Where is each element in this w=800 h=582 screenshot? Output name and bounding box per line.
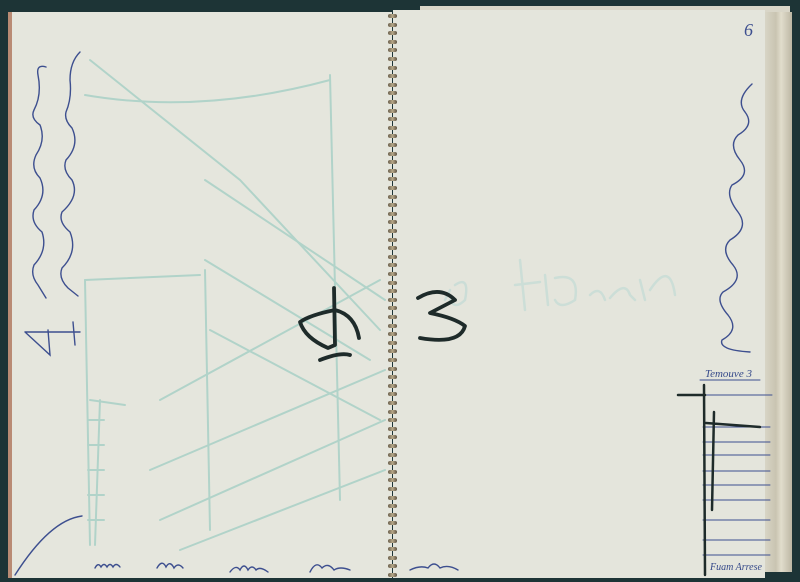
spiral-coil (388, 23, 397, 27)
spiral-coil (388, 203, 397, 207)
spiral-coil (388, 392, 397, 396)
spiral-coil (388, 556, 397, 560)
spiral-coil (388, 332, 397, 336)
spiral-coil (388, 461, 397, 465)
spiral-coil (388, 478, 397, 482)
label-top-right: Temouve 3 (705, 368, 752, 380)
spiral-coil (388, 134, 397, 138)
spiral-coil (388, 31, 397, 35)
spiral-coil (388, 238, 397, 242)
spiral-coil (388, 530, 397, 534)
spiral-coil (388, 246, 397, 250)
spiral-coil (388, 513, 397, 517)
spiral-coil (388, 255, 397, 259)
spiral-coil (388, 435, 397, 439)
numeral-3-marker (418, 292, 465, 340)
spiral-coil (388, 298, 397, 302)
marker-numerals (0, 0, 800, 582)
spiral-coil (388, 418, 397, 422)
spiral-coil (388, 126, 397, 130)
spiral-coil (388, 410, 397, 414)
spiral-coil (388, 573, 397, 577)
spiral-coil (388, 109, 397, 113)
spiral-coil (388, 195, 397, 199)
spiral-coil (388, 496, 397, 500)
spiral-coil (388, 152, 397, 156)
spiral-coil (388, 229, 397, 233)
spiral-coil (388, 324, 397, 328)
spiral-coil (388, 169, 397, 173)
spiral-coil (388, 83, 397, 87)
spiral-coil (388, 14, 397, 18)
spiral-coil (388, 74, 397, 78)
spiral-coil (388, 539, 397, 543)
spiral-coil (388, 66, 397, 70)
page-number: 6 (744, 20, 753, 41)
spiral-coil (388, 453, 397, 457)
spiral-binding (386, 12, 398, 578)
spiral-coil (388, 48, 397, 52)
spiral-coil (388, 143, 397, 147)
spiral-coil (388, 341, 397, 345)
spiral-coil (388, 427, 397, 431)
spiral-coil (388, 220, 397, 224)
spiral-coil (388, 358, 397, 362)
spiral-coil (388, 521, 397, 525)
spiral-coil (388, 306, 397, 310)
spiral-coil (388, 91, 397, 95)
spiral-coil (388, 504, 397, 508)
spiral-coil (388, 57, 397, 61)
spiral-coil (388, 470, 397, 474)
spiral-coil (388, 272, 397, 276)
spiral-coil (388, 100, 397, 104)
spiral-coil (388, 212, 397, 216)
spiral-coil (388, 117, 397, 121)
spiral-coil (388, 375, 397, 379)
numeral-2-marker (300, 288, 359, 360)
spiral-coil (388, 160, 397, 164)
spiral-coil (388, 289, 397, 293)
spiral-coil (388, 367, 397, 371)
spiral-coil (388, 315, 397, 319)
spiral-coil (388, 177, 397, 181)
spiral-coil (388, 564, 397, 568)
spiral-coil (388, 40, 397, 44)
spiral-coil (388, 263, 397, 267)
spiral-coil (388, 281, 397, 285)
spiral-coil (388, 487, 397, 491)
label-bottom-right: Fuam Arrese (710, 562, 762, 573)
sketchbook-spread: 6 Temouve 3 Fuam Arrese (0, 0, 800, 582)
spiral-coil (388, 547, 397, 551)
spiral-coil (388, 349, 397, 353)
spiral-coil (388, 444, 397, 448)
spiral-coil (388, 401, 397, 405)
spiral-coil (388, 384, 397, 388)
spiral-coil (388, 186, 397, 190)
